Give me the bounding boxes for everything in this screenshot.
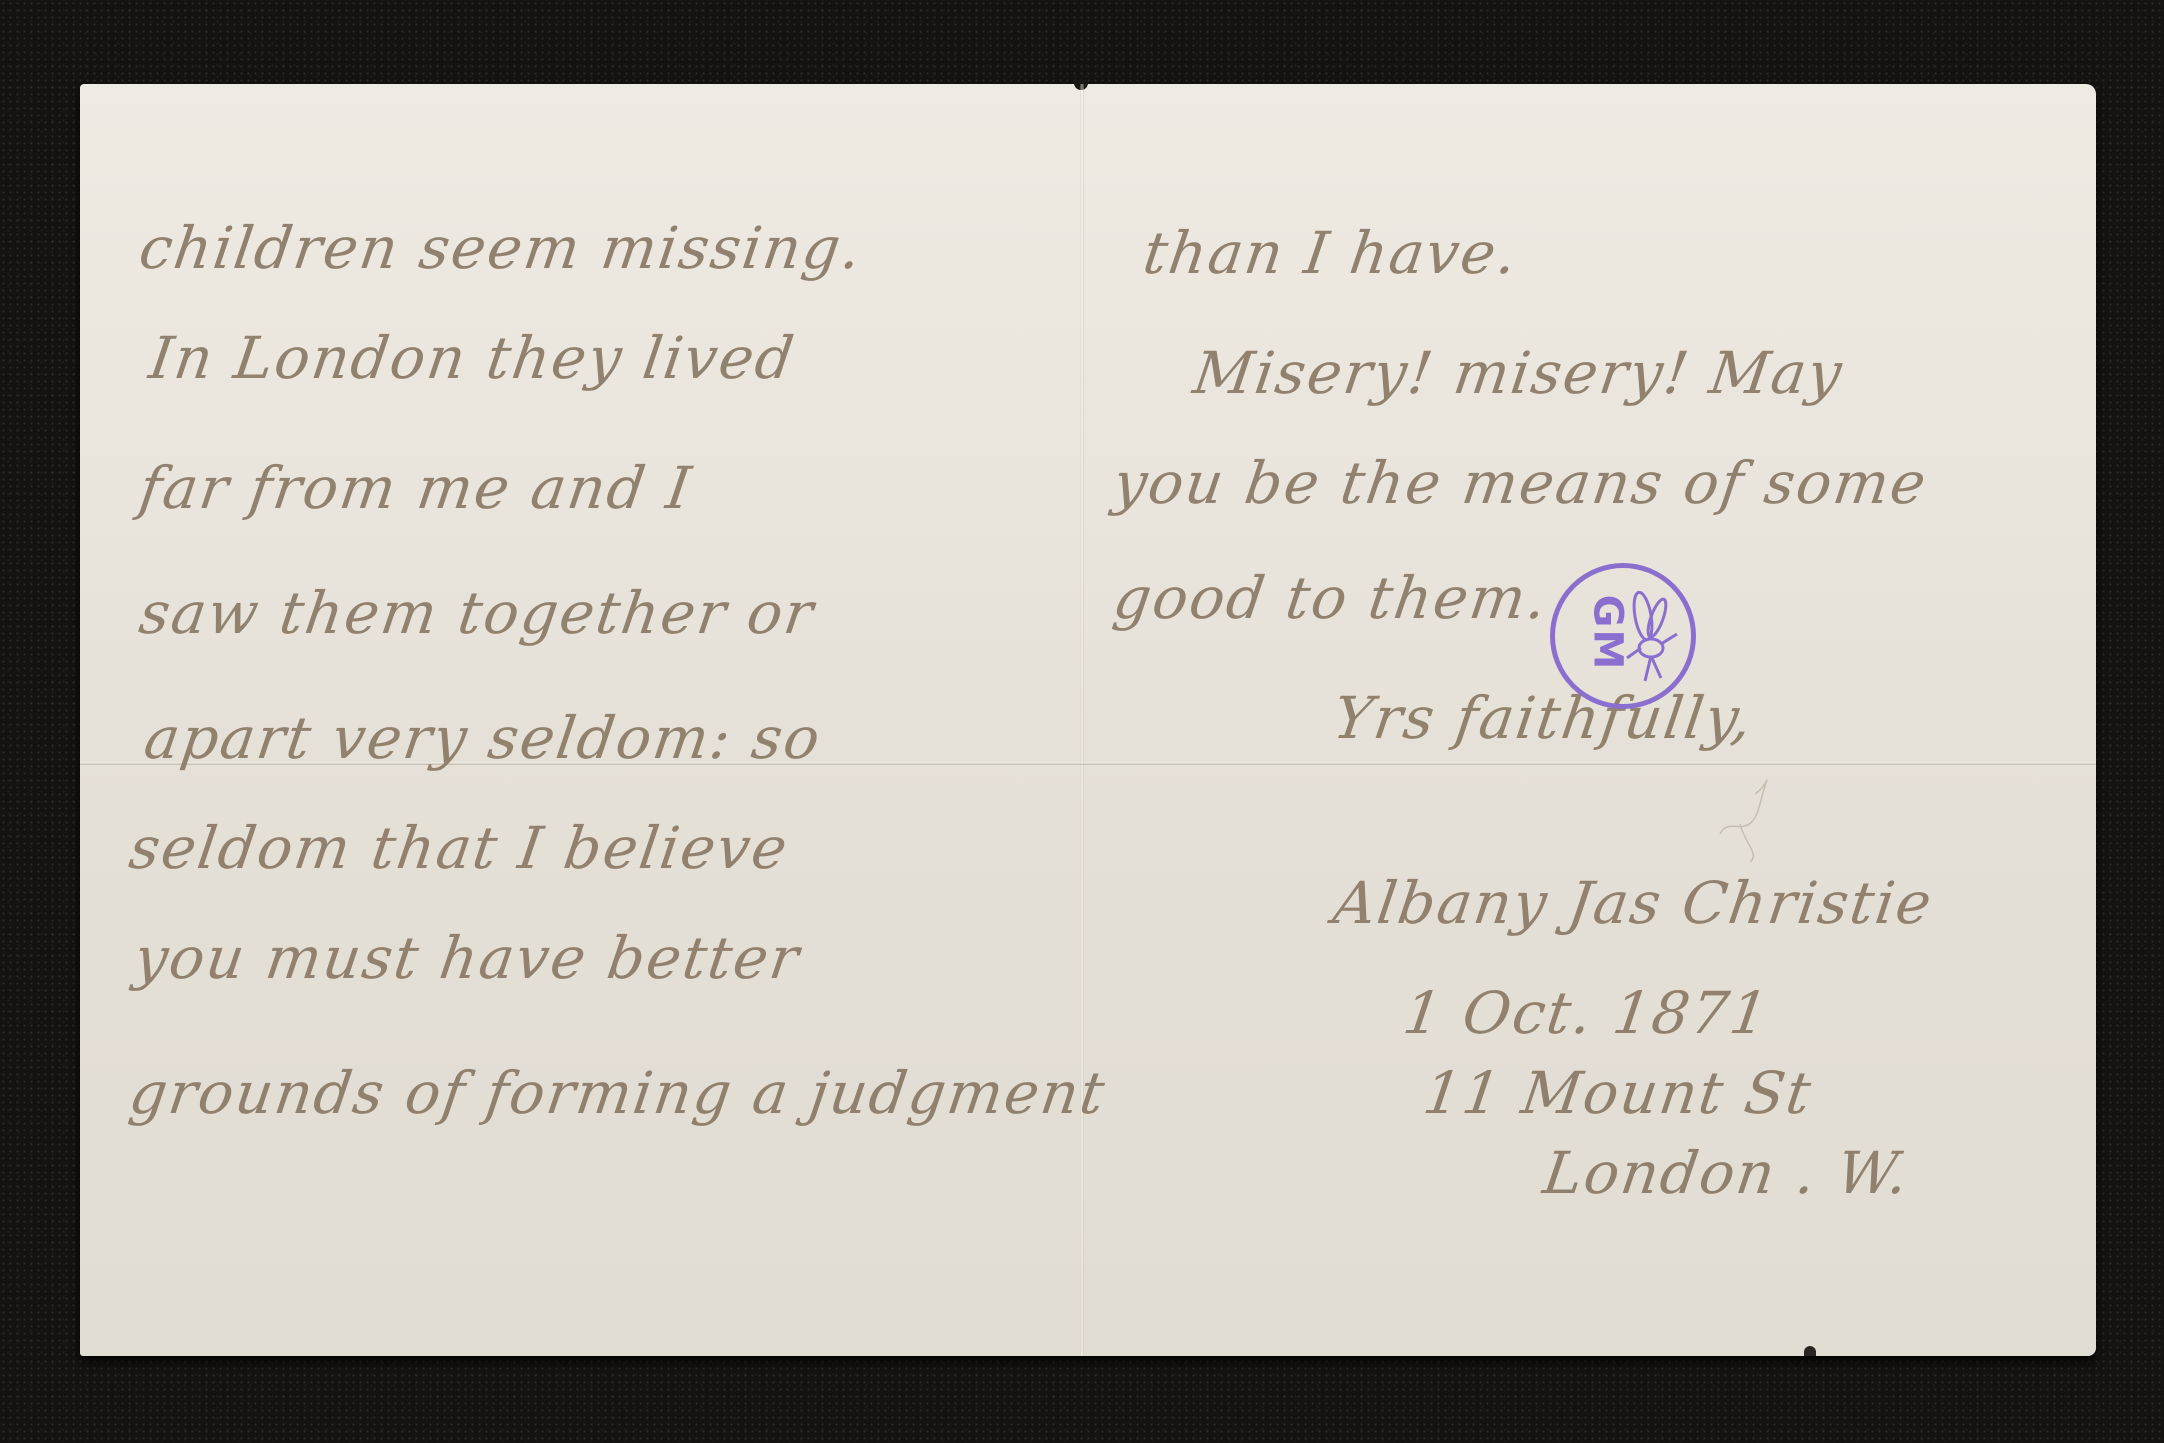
handwritten-line: children seem missing. [135,214,867,282]
handwritten-line: grounds of forming a judgment [125,1059,1110,1127]
handwritten-line: you must have better [130,924,804,992]
letter-sheet: children seem missing. In London they li… [80,84,2096,1356]
handwritten-line: good to them. [1109,564,1552,632]
handwritten-line: far from me and I [135,454,696,522]
address-line: London . W. [1539,1139,1914,1207]
handwritten-line: you be the means of some [1109,449,1932,517]
signature: Albany Jas Christie [1329,869,1937,937]
handwritten-word: apart very seldom: so [140,704,826,772]
handwritten-line: Misery! misery! May [1189,339,1847,407]
collection-stamp: GM [1550,563,1696,709]
left-page: children seem missing. In London they li… [80,84,1080,1356]
handwritten-line: saw them together or [135,579,819,647]
pencil-annotation [1710,774,1780,864]
closing-line: Yrs faithfully, [1329,684,1757,752]
bee-icon [1621,586,1681,686]
right-page: than I have. Misery! misery! May you be … [1084,84,2096,1356]
handwritten-line: In London they lived [145,324,799,392]
date-line: 1 Oct. 1871 [1399,979,1774,1047]
handwritten-line: than I have. [1139,219,1522,287]
address-line: 11 Mount St [1419,1059,1817,1127]
handwritten-line: apart very seldom: so [140,704,826,772]
handwritten-line: seldom that I believe [125,814,793,882]
